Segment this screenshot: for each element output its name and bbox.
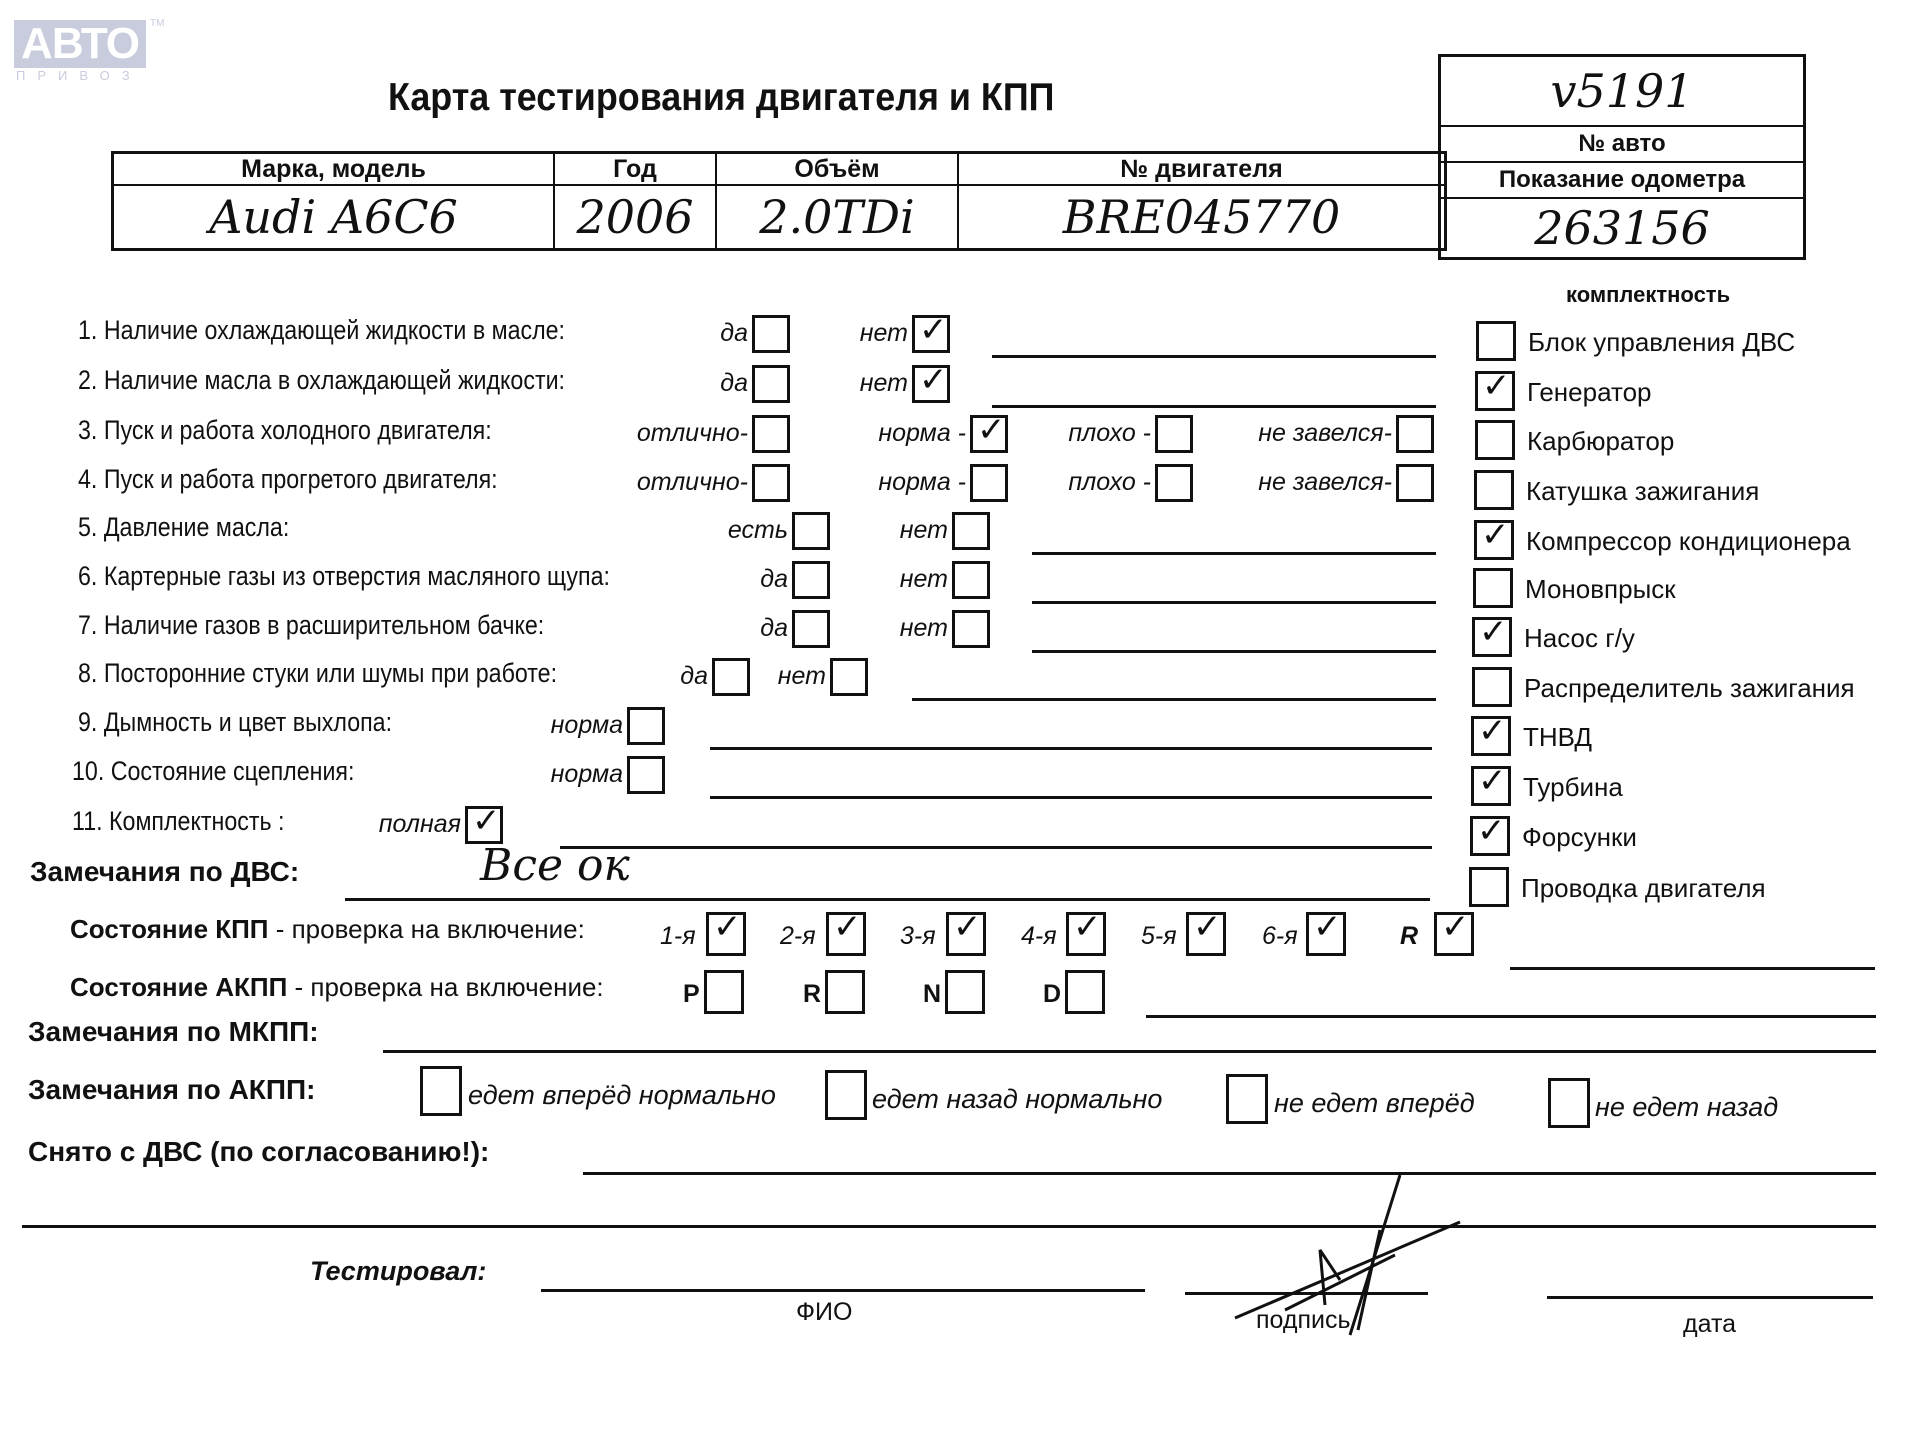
trademark: TM — [150, 18, 164, 29]
question-7-option-checkbox[interactable] — [792, 610, 830, 648]
gear-label: 6-я — [1262, 922, 1298, 951]
question-label: 6. Картерные газы из отверстия масляного… — [78, 561, 610, 592]
question-label: 10. Состояние сцепления: — [72, 756, 354, 787]
completeness-checkbox[interactable] — [1472, 667, 1512, 707]
question-11-note-line[interactable] — [560, 846, 1432, 849]
completeness-checkbox[interactable] — [1471, 766, 1511, 806]
manual-gearbox-line — [1510, 967, 1875, 970]
option-label: плохо - — [1060, 419, 1151, 448]
option-label: да — [756, 614, 788, 643]
option-label: плохо - — [1060, 468, 1151, 497]
akpp-remark-checkbox[interactable] — [825, 1070, 867, 1120]
gear-checkbox[interactable] — [1306, 912, 1346, 956]
question-5-option-checkbox[interactable] — [952, 512, 990, 550]
option-label: норма - — [854, 419, 966, 448]
question-1-option-checkbox[interactable] — [912, 315, 950, 353]
completeness-checkbox[interactable] — [1469, 867, 1509, 907]
option-label: нет — [893, 614, 948, 643]
completeness-item-label: Проводка двигателя — [1521, 873, 1766, 904]
date-caption: дата — [1683, 1310, 1736, 1339]
gear-checkbox[interactable] — [1186, 912, 1226, 956]
question-10-option-checkbox[interactable] — [627, 756, 665, 794]
akpp-position-label: D — [1043, 980, 1061, 1009]
question-2-option-checkbox[interactable] — [912, 365, 950, 403]
completeness-checkbox[interactable] — [1476, 321, 1516, 361]
gear-label: 4-я — [1021, 922, 1057, 951]
question-7-note-line[interactable] — [1032, 650, 1436, 653]
completeness-item-label: ТНВД — [1523, 722, 1592, 753]
option-label: нет — [771, 662, 826, 691]
akpp-remark-label: не едет вперёд — [1274, 1088, 1475, 1119]
question-4-option-checkbox[interactable] — [1396, 464, 1434, 502]
question-5-note-line[interactable] — [1032, 552, 1436, 555]
volume-field[interactable]: 2.0TDi — [716, 185, 958, 250]
question-label: 1. Наличие охлаждающей жидкости в масле: — [78, 315, 565, 346]
question-10-note-line[interactable] — [710, 796, 1432, 799]
logo-subtitle: ПРИВОЗ — [16, 68, 142, 83]
option-label: нет — [855, 369, 908, 398]
odometer-label: Показание одометра — [1441, 163, 1803, 199]
question-6-note-line[interactable] — [1032, 601, 1436, 604]
completeness-item-label: Распределитель зажигания — [1524, 673, 1855, 704]
question-1-note-line[interactable] — [992, 355, 1436, 358]
question-9-note-line[interactable] — [710, 747, 1432, 750]
question-8-note-line[interactable] — [912, 698, 1436, 701]
option-label: норма - — [854, 468, 966, 497]
option-label: нет — [893, 565, 948, 594]
completeness-item-label: Насос г/у — [1524, 623, 1635, 654]
vehicle-header-table: Марка, модель Год Объём № двигателя Audi… — [111, 151, 1447, 251]
option-label: да — [756, 565, 788, 594]
page-title: Карта тестирования двигателя и КПП — [388, 76, 1054, 120]
option-label: не завелся- — [1248, 468, 1392, 497]
auto-number-label: № авто — [1441, 127, 1803, 163]
question-2-option-checkbox[interactable] — [752, 365, 790, 403]
question-6-option-checkbox[interactable] — [792, 561, 830, 599]
manual-gearbox-label: Состояние КПП - проверка на включение: — [70, 914, 585, 945]
gear-checkbox[interactable] — [1066, 912, 1106, 956]
akpp-position-label: N — [923, 980, 941, 1009]
question-2-note-line[interactable] — [992, 405, 1436, 408]
completeness-item-label: Компрессор кондиционера — [1526, 526, 1851, 557]
completeness-checkbox[interactable] — [1470, 816, 1510, 856]
option-label: норма — [543, 711, 623, 740]
question-label: 9. Дымность и цвет выхлопа: — [78, 707, 392, 738]
option-label: отлично- — [628, 419, 748, 448]
akpp-remark-label: не едет назад — [1595, 1092, 1778, 1123]
option-label: да — [710, 319, 748, 348]
completeness-checkbox[interactable] — [1474, 470, 1514, 510]
question-label: 5. Давление масла: — [78, 512, 289, 543]
tested-by-label: Тестировал: — [310, 1256, 486, 1287]
question-1-option-checkbox[interactable] — [752, 315, 790, 353]
completeness-item-label: Форсунки — [1522, 822, 1637, 853]
gear-checkbox[interactable] — [946, 912, 986, 956]
question-4-option-checkbox[interactable] — [752, 464, 790, 502]
col-volume: Объём — [716, 153, 958, 186]
option-label: нет — [855, 319, 908, 348]
odometer-field[interactable]: 263156 — [1441, 199, 1803, 257]
gear-label: 2-я — [780, 922, 816, 951]
mkpp-remarks-label: Замечания по МКПП: — [28, 1016, 319, 1048]
question-11-option-checkbox[interactable] — [465, 806, 503, 844]
removed-line-2 — [22, 1225, 1876, 1228]
fio-caption: ФИО — [796, 1298, 852, 1327]
completeness-title: комплектность — [1566, 282, 1730, 308]
date-line[interactable] — [1547, 1296, 1873, 1299]
completeness-item-label: Катушка зажигания — [1526, 476, 1759, 507]
akpp-position-checkbox[interactable] — [704, 970, 744, 1014]
gear-checkbox[interactable] — [706, 912, 746, 956]
question-4-option-checkbox[interactable] — [970, 464, 1008, 502]
make-model-field[interactable]: Audi A6C6 — [113, 185, 555, 250]
akpp-remarks-label: Замечания по АКПП: — [28, 1074, 315, 1106]
engine-number-field[interactable]: BRE045770 — [958, 185, 1446, 250]
gear-label: 3-я — [900, 922, 936, 951]
question-9-option-checkbox[interactable] — [627, 707, 665, 745]
completeness-checkbox[interactable] — [1475, 420, 1515, 460]
question-3-option-checkbox[interactable] — [1155, 415, 1193, 453]
completeness-item-label: Генератор — [1527, 377, 1652, 408]
option-label: норма — [543, 760, 623, 789]
option-label: не завелся- — [1248, 419, 1392, 448]
auto-number-field[interactable]: v5191 — [1441, 57, 1803, 127]
question-3-option-checkbox[interactable] — [752, 415, 790, 453]
question-label: 2. Наличие масла в охлаждающей жидкости: — [78, 365, 565, 396]
completeness-checkbox[interactable] — [1473, 568, 1513, 608]
option-label: есть — [720, 516, 788, 545]
auto-gearbox-line — [1146, 1015, 1876, 1018]
auto-number-box: v5191 № авто Показание одометра 263156 — [1438, 54, 1806, 260]
gear-label: 5-я — [1141, 922, 1177, 951]
question-label: 8. Посторонние стуки или шумы при работе… — [78, 658, 557, 689]
completeness-checkbox[interactable] — [1472, 617, 1512, 657]
year-field[interactable]: 2006 — [554, 185, 716, 250]
option-label: полная — [371, 810, 461, 839]
col-make-model: Марка, модель — [113, 153, 555, 186]
manual-gearbox-title: Состояние КПП — [70, 914, 269, 944]
question-7-option-checkbox[interactable] — [952, 610, 990, 648]
option-label: нет — [893, 516, 948, 545]
gear-checkbox[interactable] — [826, 912, 866, 956]
question-5-option-checkbox[interactable] — [792, 512, 830, 550]
col-year: Год — [554, 153, 716, 186]
question-8-option-checkbox[interactable] — [830, 658, 868, 696]
question-3-option-checkbox[interactable] — [970, 415, 1008, 453]
gear-checkbox[interactable] — [1434, 912, 1474, 956]
question-8-option-checkbox[interactable] — [712, 658, 750, 696]
akpp-remark-label: едет назад нормально — [872, 1084, 1162, 1115]
akpp-position-label: R — [803, 980, 821, 1009]
completeness-checkbox[interactable] — [1471, 716, 1511, 756]
auto-gearbox-subtitle: - проверка на включение: — [287, 972, 603, 1002]
question-4-option-checkbox[interactable] — [1155, 464, 1193, 502]
akpp-position-checkbox[interactable] — [1065, 970, 1105, 1014]
akpp-remark-checkbox[interactable] — [1548, 1078, 1590, 1128]
gear-label: 1-я — [660, 922, 696, 951]
engine-remarks-line — [345, 898, 1430, 901]
question-label: 4. Пуск и работа прогретого двигателя: — [78, 464, 498, 495]
option-label: да — [675, 662, 708, 691]
col-engine-number: № двигателя — [958, 153, 1446, 186]
question-3-option-checkbox[interactable] — [1396, 415, 1434, 453]
auto-gearbox-label: Состояние АКПП - проверка на включение: — [70, 972, 604, 1003]
question-label: 3. Пуск и работа холодного двигателя: — [78, 415, 492, 446]
auto-gearbox-title: Состояние АКПП — [70, 972, 287, 1002]
akpp-position-label: P — [683, 980, 700, 1009]
logo: АВТО — [14, 20, 146, 68]
akpp-remark-checkbox[interactable] — [420, 1066, 462, 1116]
question-label: 11. Комплектность : — [72, 806, 284, 837]
fio-line[interactable] — [541, 1289, 1145, 1292]
question-6-option-checkbox[interactable] — [952, 561, 990, 599]
question-label: 7. Наличие газов в расширительном бачке: — [78, 610, 544, 641]
akpp-position-checkbox[interactable] — [825, 970, 865, 1014]
completeness-item-label: Моновпрыск — [1525, 574, 1676, 605]
engine-remarks-label: Замечания по ДВС: — [30, 856, 299, 888]
akpp-remark-checkbox[interactable] — [1226, 1074, 1268, 1124]
akpp-position-checkbox[interactable] — [945, 970, 985, 1014]
completeness-checkbox[interactable] — [1474, 520, 1514, 560]
removed-label: Снято с ДВС (по согласованию!): — [28, 1136, 489, 1168]
completeness-checkbox[interactable] — [1475, 371, 1515, 411]
option-label: да — [710, 369, 748, 398]
completeness-item-label: Блок управления ДВС — [1528, 327, 1795, 358]
mkpp-remarks-line — [383, 1050, 1876, 1053]
gear-label: R — [1400, 922, 1418, 951]
signature-scribble — [1230, 1170, 1490, 1340]
completeness-item-label: Турбина — [1523, 772, 1623, 803]
option-label: отлично- — [628, 468, 748, 497]
manual-gearbox-subtitle: - проверка на включение: — [269, 914, 585, 944]
completeness-item-label: Карбюратор — [1527, 426, 1674, 457]
akpp-remark-label: едет вперёд нормально — [468, 1080, 776, 1111]
